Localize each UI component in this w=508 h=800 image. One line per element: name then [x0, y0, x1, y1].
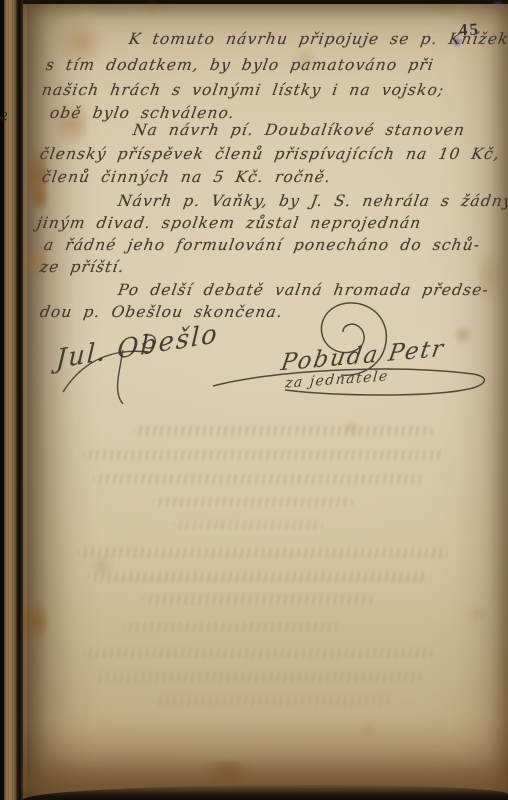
manuscript-line-5: Na návrh pí. Doubalíkové stanoven [132, 121, 467, 139]
bleedthrough-line [123, 622, 343, 632]
manuscript-line-10: a řádné jeho formulování ponecháno do sc… [43, 236, 482, 254]
foxing-stain [359, 724, 377, 738]
purple-stamp-corner-mark [490, 1, 506, 9]
bleedthrough-line [78, 548, 448, 558]
bleedthrough-line [93, 474, 423, 484]
manuscript-line-3: našich hrách s volnými lístky i na vojsk… [41, 81, 446, 99]
bleedthrough-line [133, 426, 433, 436]
bleedthrough-line [83, 648, 433, 658]
bleedthrough-line [93, 672, 423, 682]
manuscript-line-11: ze příští. [39, 258, 126, 276]
bleedthrough-line [83, 450, 443, 460]
foxing-stain [467, 606, 487, 622]
manuscript-page: 45 K tomuto návrhu připojuje se p. Kníže… [23, 0, 508, 800]
bleedthrough-line [173, 520, 323, 530]
manuscript-line-8: Návrh p. Vaňky, by J. S. nehrála s žádný… [117, 192, 508, 210]
manuscript-line-4: obě bylo schváleno. [49, 104, 237, 122]
bleedthrough-line [153, 696, 393, 706]
bleedthrough-line [153, 497, 353, 507]
foxing-stain [143, 2, 163, 16]
page-top-edge [23, 0, 508, 4]
foxing-stain [23, 596, 47, 648]
edge-mark: 2 [1, 110, 16, 124]
manuscript-line-6: členský příspěvek členů přispívajících n… [39, 145, 502, 163]
manuscript-line-9: jiným divad. spolkem zůstal neprojednán [36, 214, 423, 232]
manuscript-line-2: s tím dodatkem, by bylo pamatováno při [45, 56, 436, 74]
manuscript-line-7: členů činných na 5 Kč. ročně. [41, 168, 333, 186]
manuscript-photo: 2 45 K tomuto návrhu připojuje se p. Kní… [0, 0, 508, 800]
bleedthrough-line [143, 595, 373, 605]
bleedthrough-line [88, 572, 428, 582]
manuscript-line-1: K tomuto návrhu připojuje se p. Knížek [128, 30, 508, 48]
foxing-stain [31, 182, 47, 216]
